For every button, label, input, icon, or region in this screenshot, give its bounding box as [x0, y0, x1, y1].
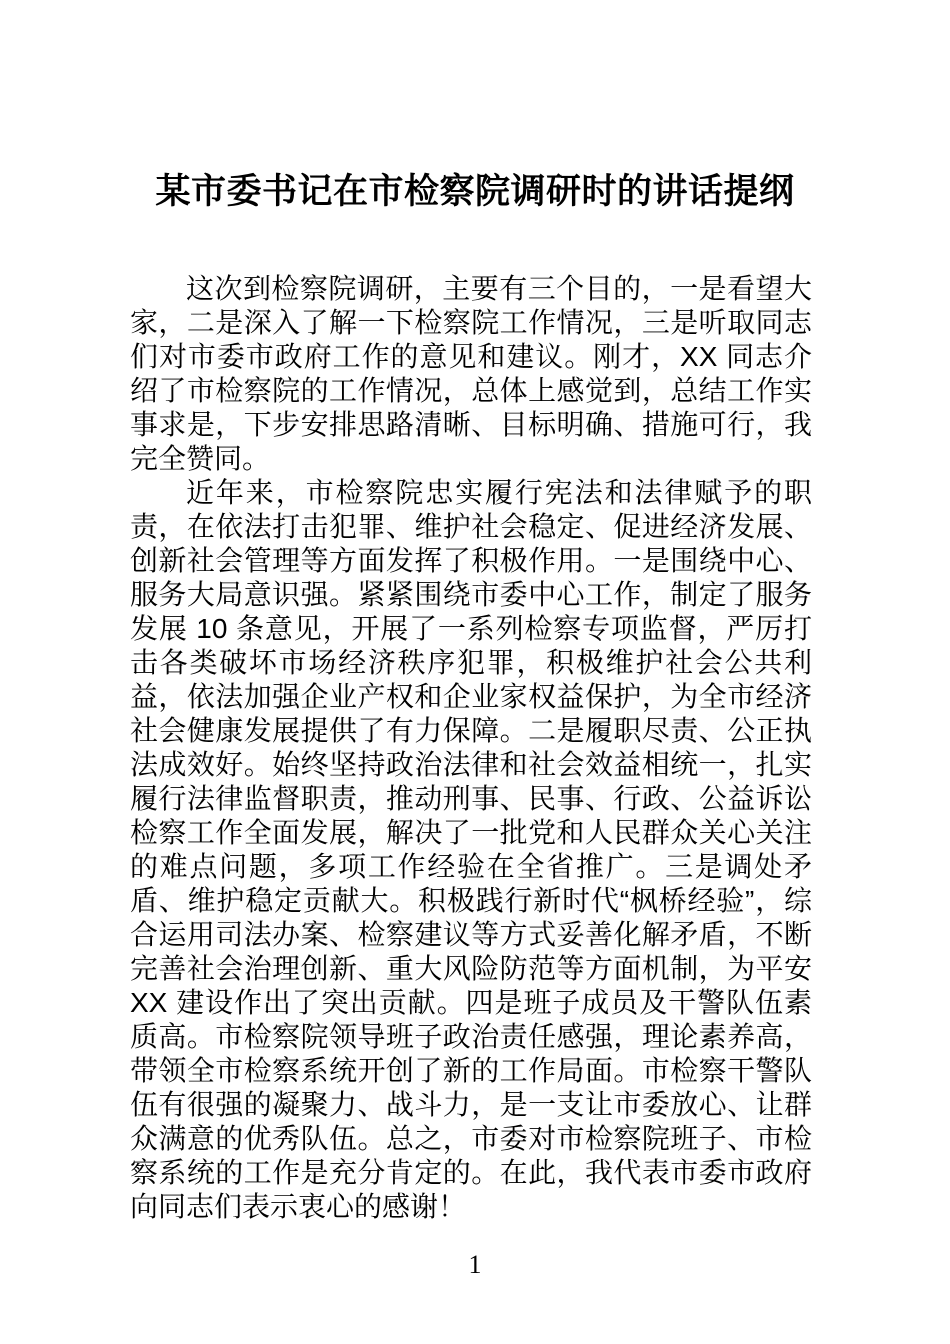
page-number: 1	[0, 1250, 950, 1280]
document-page: 某市委书记在市检察院调研时的讲话提纲 这次到检察院调研，主要有三个目的，一是看望…	[0, 0, 950, 1344]
paragraph-2: 近年来，市检察院忠实履行宪法和法律赋予的职责，在依法打击犯罪、维护社会稳定、促进…	[130, 476, 812, 1224]
paragraph-1: 这次到检察院调研，主要有三个目的，一是看望大家，二是深入了解一下检察院工作情况，…	[130, 272, 812, 476]
document-body: 这次到检察院调研，主要有三个目的，一是看望大家，二是深入了解一下检察院工作情况，…	[130, 272, 812, 1224]
document-title: 某市委书记在市检察院调研时的讲话提纲	[0, 170, 950, 214]
